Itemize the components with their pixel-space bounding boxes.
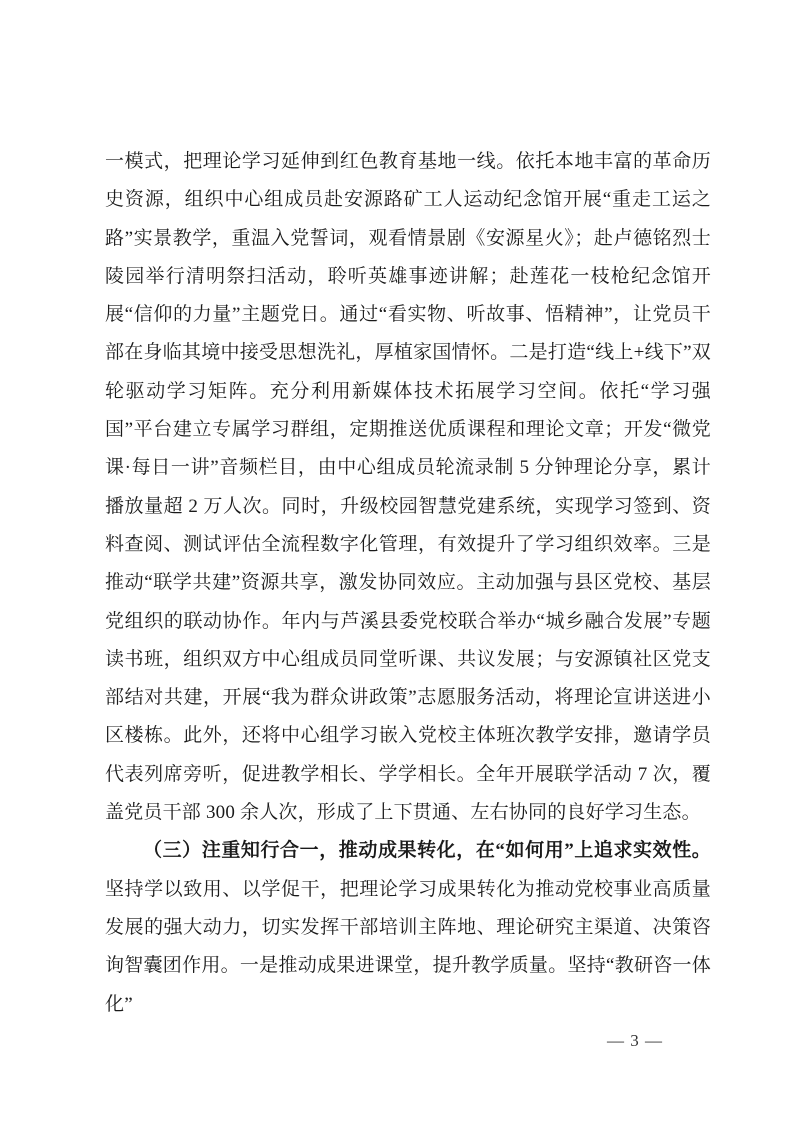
section-body-text: 坚持学以致用、以学促干，把理论学习成果转化为推动党校事业高质量发展的强大动力，切… — [105, 879, 711, 1015]
section-paragraph: （三）注重知行合一，推动成果转化，在“如何用”上追求实效性。坚持学以致用、以学促… — [105, 832, 711, 1023]
document-text-block: 一模式，把理论学习延伸到红色教育基地一线。依托本地丰富的革命历史资源，组织中心组… — [105, 143, 711, 1024]
page-number: — 3 — — [560, 1030, 710, 1052]
section-heading-lead: （三）注重知行合一，推动成果转化，在“如何用”上追求实效性。 — [143, 840, 711, 861]
document-page: 一模式，把理论学习延伸到红色教育基地一线。依托本地丰富的革命历史资源，组织中心组… — [0, 0, 793, 1122]
paragraph-continuation: 一模式，把理论学习延伸到红色教育基地一线。依托本地丰富的革命历史资源，组织中心组… — [105, 143, 711, 832]
